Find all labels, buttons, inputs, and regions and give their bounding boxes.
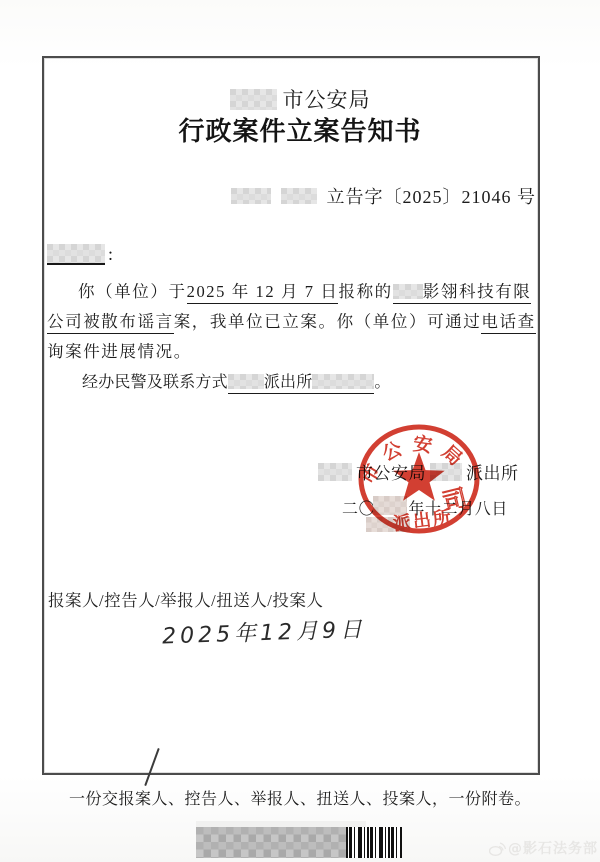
issuing-org-suffix: 市公安局 <box>283 84 371 114</box>
redacted-city-name <box>230 89 277 110</box>
distribution-note: 一份交报案人、控告人、举报人、扭送人、投案人，一份附卷。 <box>0 786 600 809</box>
issuing-org-line: 市公安局 <box>0 84 600 114</box>
official-red-stamp: 市公安局 司 派出所 <box>355 421 483 539</box>
addressee-line: : <box>47 244 113 265</box>
document-title: 行政案件立案告知书 <box>0 111 600 148</box>
paragraph-line-3: 询案件进展情况。 <box>47 340 547 364</box>
document-number-line: 立告字〔2025〕21046 号 <box>231 183 537 209</box>
p4-period: 。 <box>374 374 390 391</box>
p1-text-b: 报称的 <box>338 282 392 301</box>
redacted-bottom-strip <box>196 827 346 858</box>
watermark-handle: @影石法务部 <box>508 838 598 858</box>
paragraph-line-2: 公司被散布谣言案，我单位已立案。你（单位）可通过电话查 <box>47 310 547 334</box>
document-number: 立告字〔2025〕21046 号 <box>327 183 537 209</box>
case-name-underlined: 公司被散布谣言 <box>47 312 174 334</box>
officer-contact-label: 经办民警及联系方式 <box>82 374 228 391</box>
redacted-sig-city <box>318 463 352 481</box>
redacted-station-prefix <box>228 374 264 389</box>
redacted-prefix-1 <box>231 188 271 204</box>
stamp-bottom-text: 派出所 <box>392 506 454 534</box>
report-date-underlined: 2025 年 12 月 7 日 <box>187 282 339 304</box>
paragraph-line-1: 你（单位）于2025 年 12 月 7 日报称的影翎科技有限 <box>47 280 578 304</box>
barcode <box>346 827 402 858</box>
document-border-box <box>42 56 540 775</box>
p2-text-a: 案，我单位已立案。你（单位）可通过 <box>174 312 482 331</box>
police-station-text: 派出所 <box>264 374 313 391</box>
paragraph-line-4: 经办民警及联系方式派出所。 <box>47 371 582 395</box>
contact-method-underlined: 电话查 <box>481 312 535 334</box>
reporter-roles-line: 报案人/控告人/举报人/扭送人/投案人 <box>48 587 323 611</box>
p1-text-a: 你（单位）于 <box>78 282 187 301</box>
officer-contact-group: 派出所 <box>228 374 375 394</box>
redacted-addressee-name <box>47 244 105 265</box>
addressee-colon: : <box>108 244 113 265</box>
redacted-phone-number <box>312 374 374 389</box>
watermark: @影石法务部 <box>489 838 598 858</box>
weibo-logo-icon <box>489 841 506 856</box>
scanned-document-page: 市公安局 行政案件立案告知书 立告字〔2025〕21046 号 : 你（单位）于… <box>0 0 600 862</box>
company-name-group: 影翎科技有限 <box>393 282 532 304</box>
redacted-company-prefix <box>393 284 423 299</box>
company-name-underlined: 影翎科技有限 <box>423 282 532 301</box>
redacted-prefix-2 <box>281 188 317 204</box>
